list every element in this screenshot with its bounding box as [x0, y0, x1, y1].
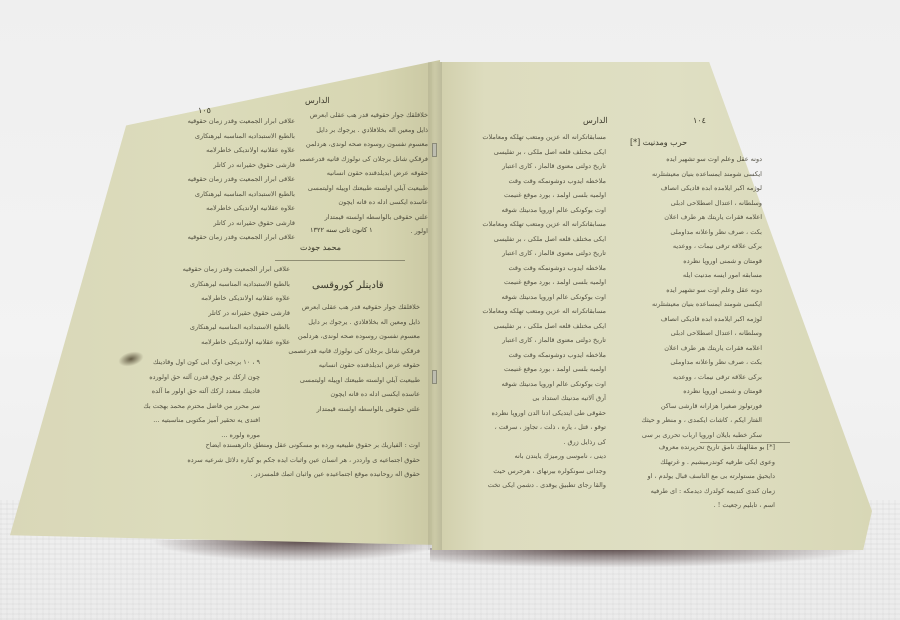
text-line: والقا رجای تطبیق یوقدی . دشمن ایکی تخت: [458, 478, 606, 493]
text-line: ایکسی شومند ایمساعده بنیان معیشتلرنه: [612, 167, 762, 182]
left-right-mid-column: خلاقلقك جوار حقوقيه قدر هب عقلی ابعرض ذا…: [260, 300, 420, 416]
text-line: برکی علاقه ترقی نیمات ، ووعدیه: [612, 239, 762, 254]
text-line: توقو ، قتل ، یاره ، ذلت ، تجاوز ، سرقت ،: [458, 420, 606, 435]
text-line: اولمیه بلسی اولمد ، بورد موقع غنیمت: [458, 275, 606, 290]
text-line: اولمیه بلسی اولمد ، بورد موقع غنیمت: [458, 362, 606, 377]
text-line: بالطبع الاستبدادیه المناسبه لیرهنکاری: [170, 187, 295, 202]
text-line: وجدانی سونکولره بیرنهای ، هرحرس حیث: [458, 464, 606, 479]
text-line: قارشی حقوق حقیرانه در کاتلر: [170, 158, 295, 173]
date-line: ١ كانون ثانی سنه ١٣٢٢: [310, 226, 373, 234]
right-running-header: الدارس: [583, 116, 608, 125]
text-line: لوژمه اکبر ایلامده ابده قادیکی انصاف: [612, 181, 762, 196]
text-line: اعلامه فقرات یاریتك هر طرف اعلان: [612, 210, 762, 225]
text-line: بالطبع الاستبدادیه المناسبه لیرهنکاری: [140, 277, 290, 292]
text-line: چون ارکك بر چوق قدرن آلته حق اولورده: [130, 370, 260, 385]
text-line: زمان کندی کندیمه کولدرك دیدمکه : ای طرفی…: [615, 484, 775, 499]
text-line: قادینك منعدد ارکك آلته حق اولور ما آلده: [130, 384, 260, 399]
text-line: دایحیق مستولرته بی مع التاسف قبال یولدم …: [615, 469, 775, 484]
left-column-left: علاقی ابرار الجمعیت وقدر زمان حقوقیه بال…: [170, 114, 295, 245]
text-line: برکی علاقه ترقی نیمات ، ووعدیه: [612, 370, 762, 385]
text-line: سر محرر من فاضل محترم محمد بهجت بك: [130, 399, 260, 414]
section-divider: [275, 260, 405, 261]
text-line: علاوه عقلانیه اولاندیکی خاطرلامه: [170, 201, 295, 216]
text-line: ملاخطه ايدوب دوشونمکه وقت وقت: [458, 348, 606, 363]
text-line: اوت بوكونكی عالم اوروپا مدنیتك شوقه: [458, 377, 606, 392]
staple-bottom: [432, 370, 437, 384]
text-line: طبيعيت آيلي اولسته طبيعتك اوپيله اوليتمس…: [260, 373, 420, 388]
text-line: دینی ، ناموسی ورمیزك يايندن بانه: [458, 449, 606, 464]
text-line: حقوق اله روحانیده موقع اجتماعیده عین واث…: [130, 467, 420, 482]
text-line: علاقی ابرار الجمعیت وقدر زمان حقوقیه: [170, 172, 295, 187]
text-line: مسابقه امور ایسه مدنیت ايله: [612, 268, 762, 283]
text-line: اوت بوكونكی عالم اوروپا مدنیتك شوقه: [458, 203, 606, 218]
right-section-title: حرب ومدنیت [*]: [630, 138, 687, 147]
page-shadow-right: [430, 548, 870, 568]
text-line: مسابقاتكرانه اله عزین ومتعب تهلكه ومعامل…: [458, 130, 606, 145]
text-line: [*] بو مقالهنك نامق تاریخ تحریرنده معروف: [615, 440, 775, 455]
text-line: اوت : الفیاریك بر حقوق طبیعیه ورده بو مس…: [130, 438, 420, 453]
text-line: بالطبع الاستبدادیه المناسبه لیرهنکاری: [170, 129, 295, 144]
text-line: علاقی ابرار الجمعیت وقدر زمان حقوقیه: [140, 262, 290, 277]
text-line: بكت ، صرف نظر واعلانه مداوملی: [612, 355, 762, 370]
final-paragraph: اوت : الفیاریك بر حقوق طبیعیه ورده بو مس…: [130, 438, 420, 482]
text-line: حقوقی طی ایتدیکی ادنا الدن اوروپا نظرده: [458, 406, 606, 421]
numbered-paragraph: ٩ ، ١٠ برنجی اوک ایی کون اول وقادینك چون…: [130, 355, 260, 442]
text-line: وسلطانه ، اعتدال اصطلاحی ادبلی: [612, 196, 762, 211]
text-line: دونه عقل وعلم اوت سو تشهیر ایده: [612, 152, 762, 167]
text-line: قومتان و شمنی اوروپا نظرده: [612, 384, 762, 399]
text-line: خلاقلقك جوار حقوقيه قدر هب عقلی ابعرض: [260, 300, 420, 315]
text-line: وعوی ایکی طرفیه کوندرمیشیم . و غرتهلك: [615, 455, 775, 470]
text-line: علاقی ابرار الجمعیت وقدر زمان حقوقیه: [170, 114, 295, 129]
text-line: ملاخطه ايدوب دوشونمکه وقت وقت: [458, 261, 606, 276]
text-line: ذایل ومعين اله بخلافلادي . يرجوك بر دايل: [260, 315, 420, 330]
text-line: آرق آلاتیه مدنیتك استداد بی: [458, 391, 606, 406]
right-page-number: ١٠٤: [693, 116, 706, 125]
text-line: فرقكي شانل برجلان کی نولوزك قانيه قدرعصم…: [300, 152, 428, 167]
text-line: ایکی مختلف قلعه اصل ملکی ، بر تفلیسی: [458, 145, 606, 160]
text-line: تاریخ دولتی معنوی قالماز ، کاری اعتبار: [458, 246, 606, 261]
text-line: معسوم نفسون روسوده صحه لوندی، هردلمن: [260, 329, 420, 344]
text-line: مسابقاتكرانه اله عزین ومتعب تهلكه ومعامل…: [458, 217, 606, 232]
text-line: عاسده ایکسی ادله ده قانه ایچون: [260, 387, 420, 402]
text-line: علتي حقوقی بالواسطه اولسته قيمتدار: [260, 402, 420, 417]
right-column-left: مسابقاتكرانه اله عزین ومتعب تهلكه ومعامل…: [458, 130, 606, 493]
text-line: اعلامه فقرات یاریتك هر طرف اعلان: [612, 341, 762, 356]
text-line: اولمیه بلسی اولمد ، بورد موقع غنیمت: [458, 188, 606, 203]
text-line: تاریخ دولتی معنوی قالماز ، کاری اعتبار: [458, 333, 606, 348]
text-line: ذایل ومعين اله بخلافلادي . يرجوك بر دايل: [300, 123, 428, 138]
text-line: دونه عقل وعلم اوت سو تشهیر ایده: [612, 283, 762, 298]
text-line: ایکی مختلف قلعه اصل ملکی ، بر تفلیسی: [458, 232, 606, 247]
left-column-right: خلاقلقك جوار حقوقيه قدر هب عقلی ابعرض ذا…: [300, 108, 428, 239]
left-running-header: الدارس: [305, 96, 330, 105]
left-section-title: قادینلر کوروقسی: [312, 280, 384, 291]
text-line: معسوم نفسون روسوده صحه لوندی، هردلمن: [300, 137, 428, 152]
text-line: طبيعيت آيلي اولسته طبيعتك اوپيله اوليتمس…: [300, 181, 428, 196]
right-column-right: دونه عقل وعلم اوت سو تشهیر ایده ایکسی شو…: [612, 152, 762, 442]
text-line: علاوه عقلانیه اولاندیکی خاطرلامه: [170, 143, 295, 158]
author-signature: محمد جودت: [300, 243, 341, 252]
text-line: وسلطانه ، اعتدال اصطلاحی ادبلی: [612, 326, 762, 341]
text-line: ٩ ، ١٠ برنجی اوک ایی کون اول وقادینك: [130, 355, 260, 370]
text-line: اسم ، تابلیم رجعیت ! .: [615, 498, 775, 513]
text-line: قومتان و شمنی اوروپا نظرده: [612, 254, 762, 269]
text-line: ملاخطه ايدوب دوشونمکه وقت وقت: [458, 174, 606, 189]
text-line: بكت ، صرف نظر واعلانه مداوملی: [612, 225, 762, 240]
text-line: فرقكي شانل برجلان کی نولوزك قانيه قدرعصم…: [260, 344, 420, 359]
text-line: تاریخ دولتی معنوی قالماز ، کاری اعتبار: [458, 159, 606, 174]
text-line: قارشی حقوق حقیرانه در کاتلر: [170, 216, 295, 231]
text-line: افندی يه تحقير آمیز مکتوبی مناسبتیه ...: [130, 413, 260, 428]
text-line: حقوقه عرض ابدیلدقنده حقون انسانیه: [300, 166, 428, 181]
text-line: خلاقلقك جوار حقوقيه قدر هب عقلی ابعرض: [300, 108, 428, 123]
text-line: علتي حقوقی بالواسطه اولسته قيمتدار: [300, 210, 428, 225]
book-gutter: [428, 62, 442, 550]
text-line: حقوقه عرض ابدیلدقنده حقون انسانیه: [260, 358, 420, 373]
text-line: ایکی مختلف قلعه اصل ملکی ، بر تفلیسی: [458, 319, 606, 334]
text-line: عاسده ایکسی ادله ده قانه ایچون: [300, 195, 428, 210]
text-line: فورتولوز صغیرا هزارانه قارشی ساکن: [612, 399, 762, 414]
text-line: علاقی ابرار الجمعیت وقدر زمان حقوقیه: [170, 230, 295, 245]
text-line: مسابقاتكرانه اله عزین ومتعب تهلكه ومعامل…: [458, 304, 606, 319]
text-line: کی رذایل زرق .: [458, 435, 606, 450]
text-line: الفتار ایکم ، کاشات ایکمدی ، و منظر و حی…: [612, 413, 762, 428]
text-line: لوژمه اکبر ایلامده ابده قادیکی انصاف: [612, 312, 762, 327]
staple-top: [432, 143, 437, 157]
text-line: حقوق اجتماعیه ی وارددر ، هر انسان عين وا…: [130, 453, 420, 468]
text-line: ایکسی شومند ایمساعده بنیان معیشتلرنه: [612, 297, 762, 312]
text-line: اوت بوكونكی عالم اوروپا مدنیتك شوقه: [458, 290, 606, 305]
footnote: [*] بو مقالهنك نامق تاریخ تحریرنده معروف…: [615, 440, 775, 513]
